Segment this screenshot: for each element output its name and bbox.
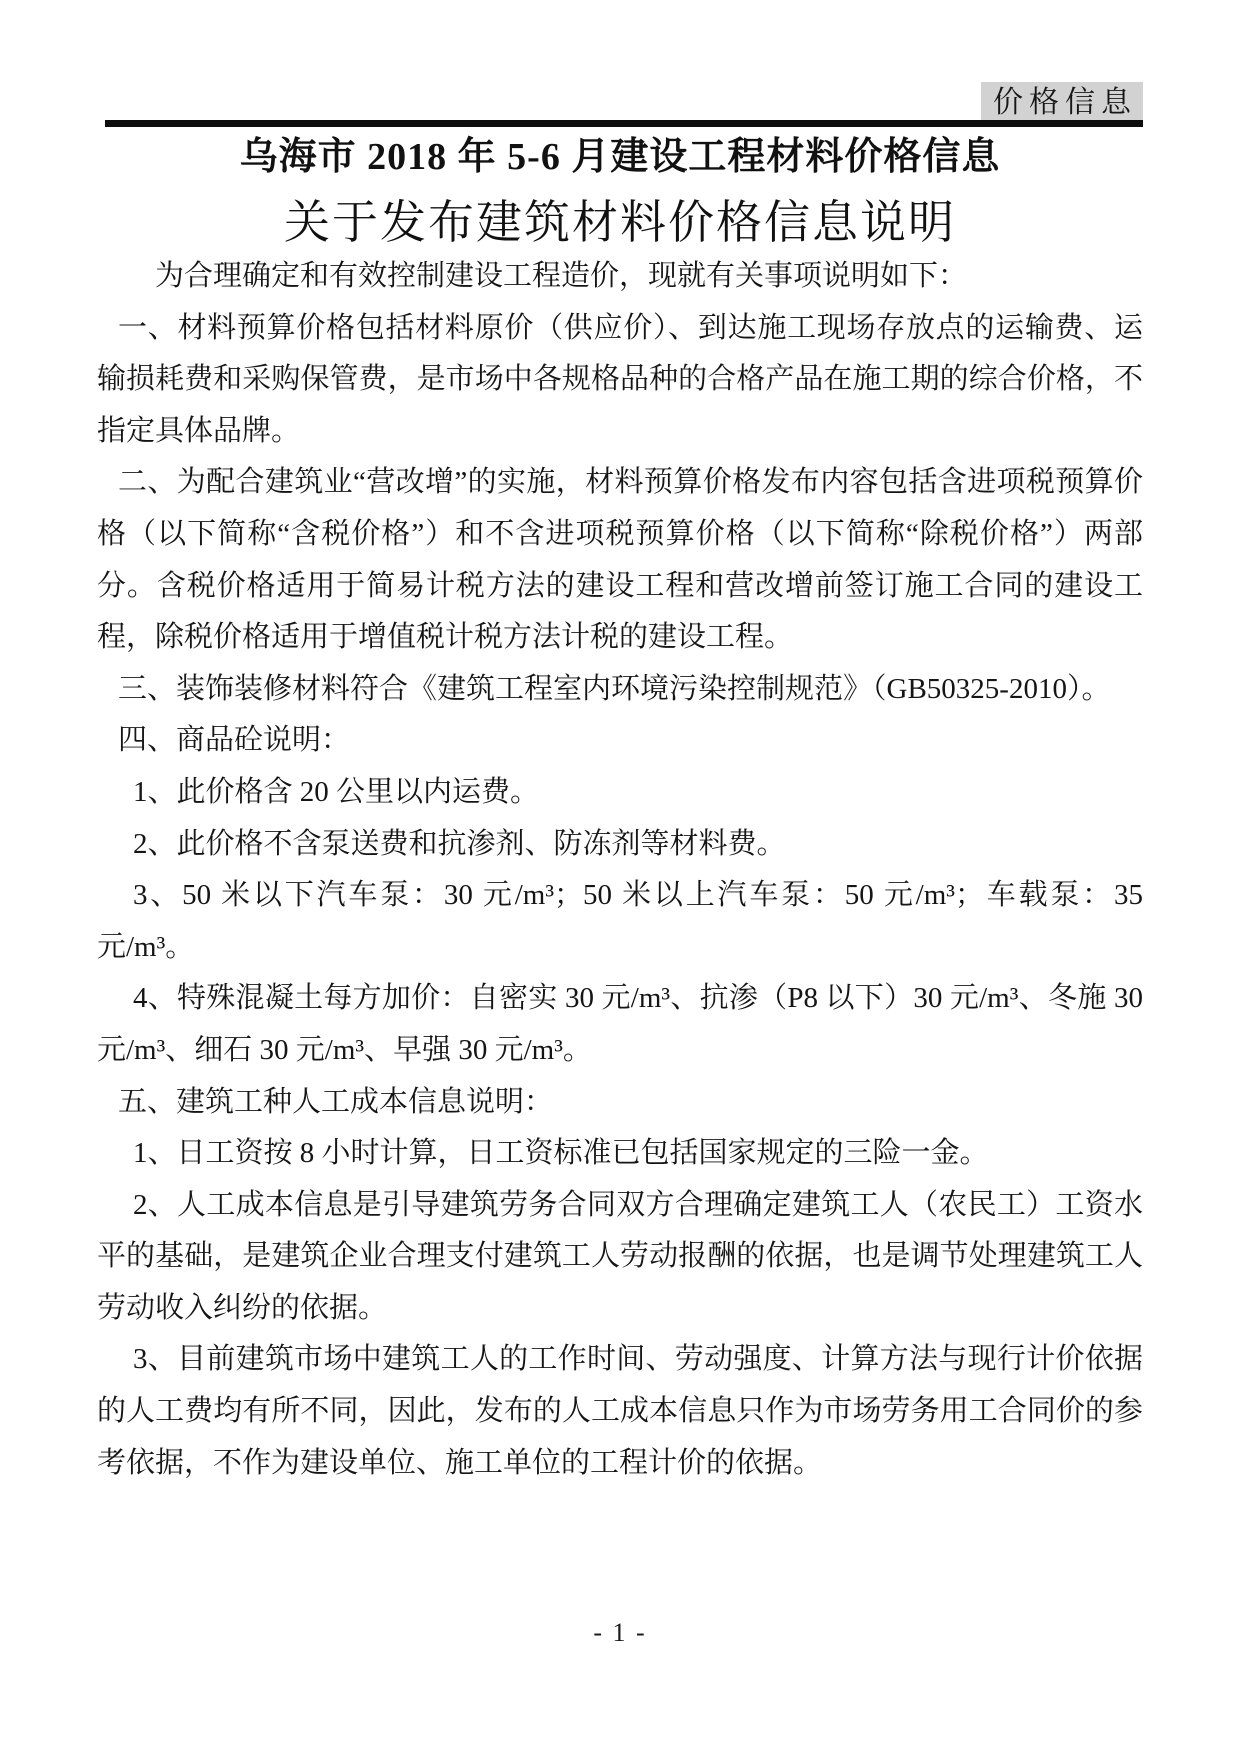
paragraph-item-4-3: 3、50 米以下汽车泵：30 元/m³；50 米以上汽车泵：50 元/m³；车载… [97, 870, 1143, 973]
body-text: 为合理确定和有效控制建设工程造价，现就有关事项说明如下： 一、材料预算价格包括材… [97, 251, 1143, 1489]
paragraph-item-5: 五、建筑工种人工成本信息说明： [97, 1077, 1143, 1129]
paragraph-item-4: 四、商品砼说明： [97, 715, 1143, 767]
document-page: 价格信息 乌海市 2018 年 5-6 月建设工程材料价格信息 关于发布建筑材料… [0, 0, 1240, 1753]
page-number: - 1 - [593, 1618, 646, 1647]
document-content: 乌海市 2018 年 5-6 月建设工程材料价格信息 关于发布建筑材料价格信息说… [97, 133, 1143, 1489]
page-footer: - 1 - [0, 1618, 1240, 1648]
paragraph-item-4-4: 4、特殊混凝土每方加价：自密实 30 元/m³、抗渗（P8 以下）30 元/m³… [97, 973, 1143, 1076]
corner-label: 价格信息 [981, 82, 1143, 124]
paragraph-item-4-2: 2、此价格不含泵送费和抗渗剂、防冻剂等材料费。 [97, 819, 1143, 871]
paragraph-item-4-1: 1、此价格含 20 公里以内运费。 [97, 767, 1143, 819]
paragraph-item-2: 二、为配合建筑业“营改增”的实施，材料预算价格发布内容包括含进项税预算价格（以下… [97, 457, 1143, 663]
paragraph-item-5-2: 2、人工成本信息是引导建筑劳务合同双方合理确定建筑工人（农民工）工资水平的基础，… [97, 1180, 1143, 1335]
intro-paragraph: 为合理确定和有效控制建设工程造价，现就有关事项说明如下： [97, 251, 1143, 303]
paragraph-item-5-1: 1、日工资按 8 小时计算，日工资标准已包括国家规定的三险一金。 [97, 1128, 1143, 1180]
paragraph-item-5-3: 3、目前建筑市场中建筑工人的工作时间、劳动强度、计算方法与现行计价依据的人工费均… [97, 1334, 1143, 1489]
page-title: 乌海市 2018 年 5-6 月建设工程材料价格信息 [97, 135, 1143, 179]
page-subtitle: 关于发布建筑材料价格信息说明 [97, 195, 1143, 251]
header-rule [105, 120, 1143, 127]
paragraph-item-3: 三、装饰装修材料符合《建筑工程室内环境污染控制规范》（GB50325-2010）… [97, 664, 1143, 716]
paragraph-item-1: 一、材料预算价格包括材料原价（供应价）、到达施工现场存放点的运输费、运输损耗费和… [97, 303, 1143, 458]
